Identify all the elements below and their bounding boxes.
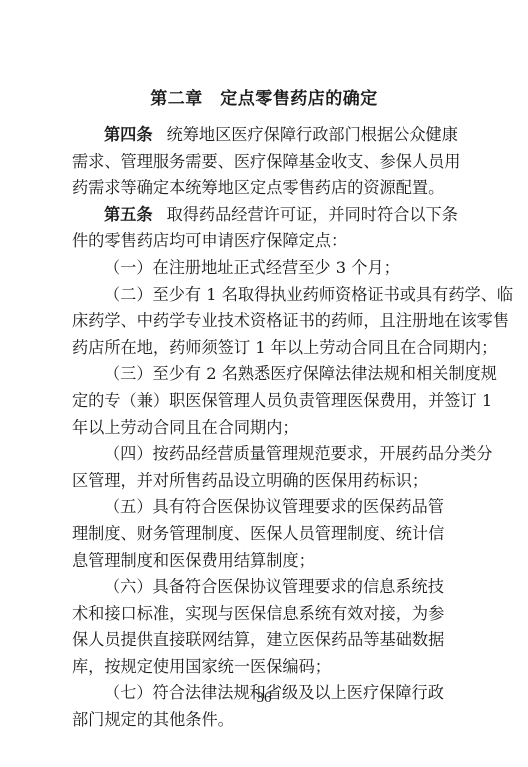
clause-line: 床药学、中药学专业技术资格证书的药师，且注册地在该零售 xyxy=(72,308,462,335)
document-page: 第二章 定点零售药店的确定 第四条统筹地区医疗保障行政部门根据公众健康 需求、管… xyxy=(0,0,528,767)
clause-line: 术和接口标准，实现与医保信息系统有效对接，为参 xyxy=(72,601,462,628)
article-4-line: 需求、管理服务需要、医疗保障基金收支、参保人员用 xyxy=(72,149,462,176)
article-label: 第四条 xyxy=(104,125,153,144)
clause-line: （二）至少有 1 名取得执业药师资格证书或具有药学、临 xyxy=(72,282,462,309)
clause-line: 药店所在地，药师须签订 1 年以上劳动合同且在合同期内； xyxy=(72,335,462,362)
clause-line: 保人员提供直接联网结算，建立医保药品等基础数据 xyxy=(72,627,462,654)
clause-line: 年以上劳动合同且在合同期内； xyxy=(72,415,462,442)
article-5-line: 件的零售药店均可申请医疗保障定点： xyxy=(72,228,462,255)
clause-line: （六）具备符合医保协议管理要求的信息系统技 xyxy=(72,574,462,601)
page-number: 36 xyxy=(0,690,528,707)
clause-line: 区管理，并对所售药品设立明确的医保用药标识； xyxy=(72,468,462,495)
article-5-line: 第五条取得药品经营许可证，并同时符合以下条 xyxy=(72,202,462,229)
article-4-line: 药需求等确定本统筹地区定点零售药店的资源配置。 xyxy=(72,175,462,202)
clause-line: （三）至少有 2 名熟悉医疗保障法律法规和相关制度规 xyxy=(72,361,462,388)
body-text: 第四条统筹地区医疗保障行政部门根据公众健康 需求、管理服务需要、医疗保障基金收支… xyxy=(72,122,462,734)
clause-line: （五）具有符合医保协议管理要求的医保药品管 xyxy=(72,494,462,521)
clause-line: （四）按药品经营质量管理规范要求，开展药品分类分 xyxy=(72,441,462,468)
clause-line: 定的专（兼）职医保管理人员负责管理医保费用，并签订 1 xyxy=(72,388,462,415)
article-4-line: 第四条统筹地区医疗保障行政部门根据公众健康 xyxy=(72,122,462,149)
clause-line: 部门规定的其他条件。 xyxy=(72,707,462,734)
clause-line: 库，按规定使用国家统一医保编码； xyxy=(72,654,462,681)
clause-line: 息管理制度和医保费用结算制度； xyxy=(72,548,462,575)
clause-line: 理制度、财务管理制度、医保人员管理制度、统计信 xyxy=(72,521,462,548)
article-label: 第五条 xyxy=(104,205,153,224)
clause-line: （一）在注册地址正式经营至少 3 个月； xyxy=(72,255,462,282)
chapter-title: 第二章 定点零售药店的确定 xyxy=(0,84,528,109)
